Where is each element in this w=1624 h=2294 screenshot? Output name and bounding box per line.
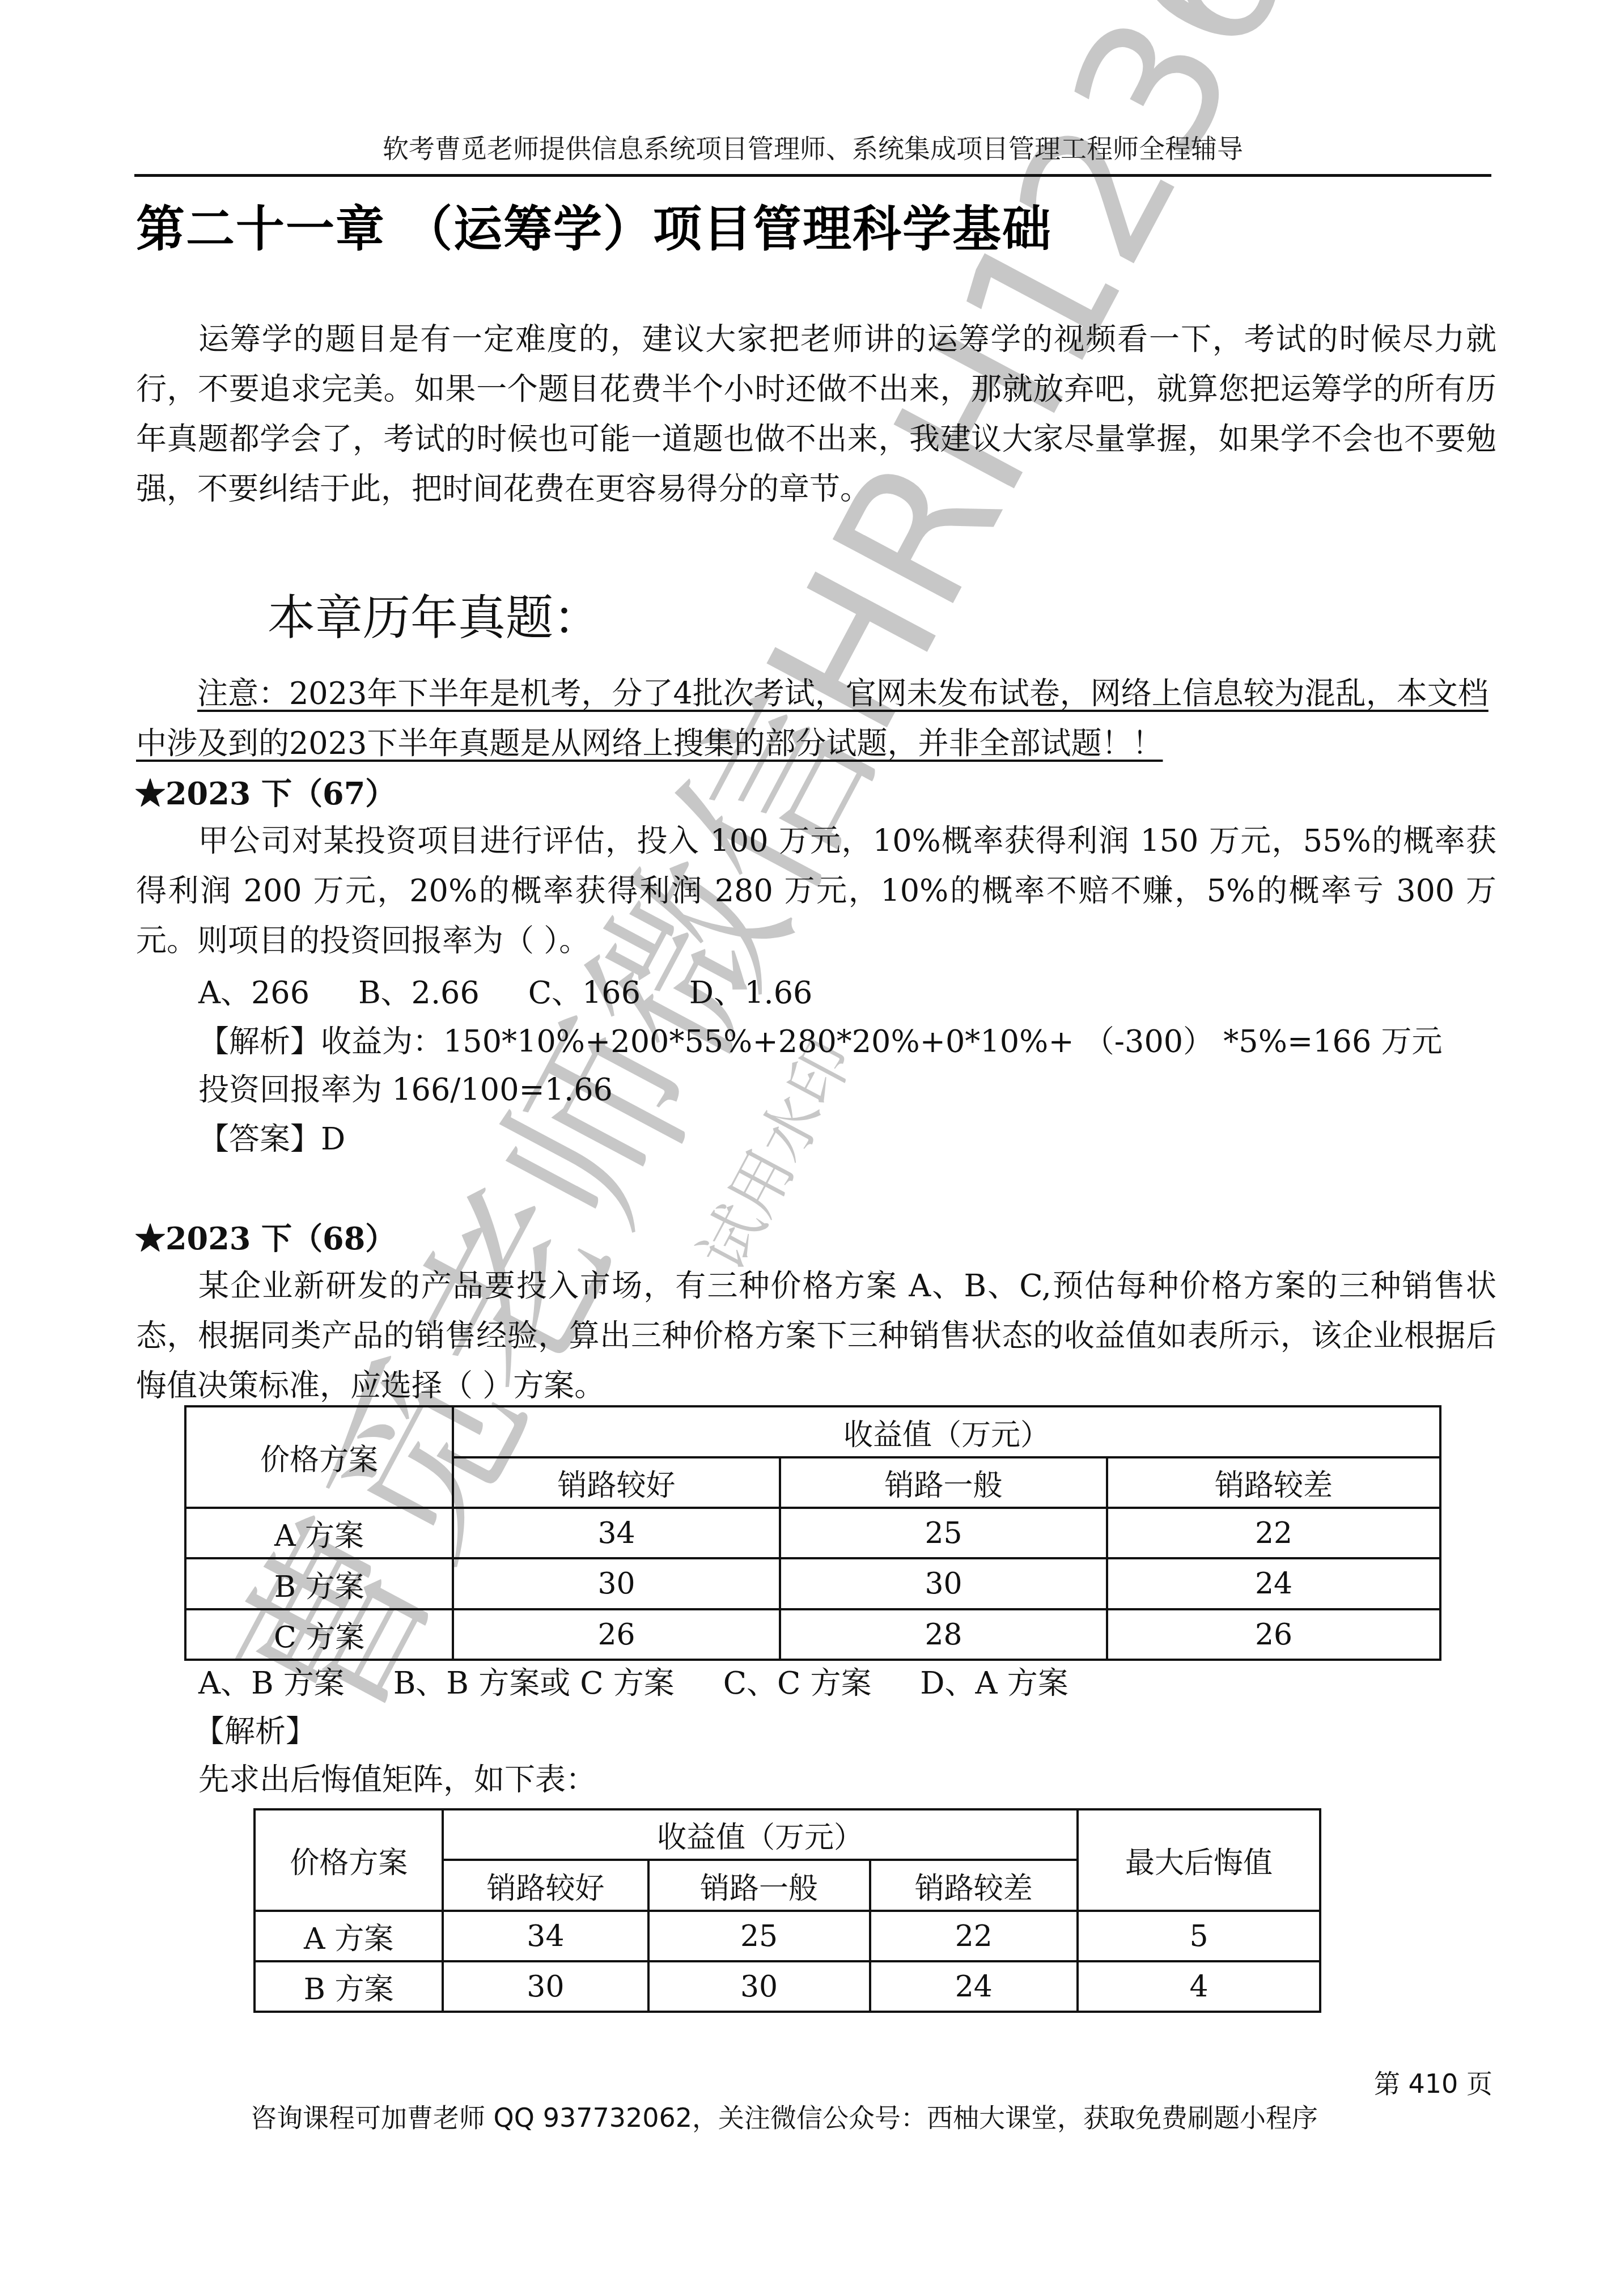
row-label: B 方案 — [255, 1961, 443, 2012]
payoff-table-row-header: 价格方案 — [185, 1406, 453, 1508]
question-68-label: ★2023 下（68） — [135, 1219, 396, 1258]
table-cell: 34 — [453, 1508, 780, 1558]
question-67-label: ★2023 下（67） — [135, 774, 396, 813]
table-cell: 22 — [870, 1911, 1078, 1961]
max-regret-cell: 4 — [1078, 1961, 1320, 2012]
table-row: B 方案 30 30 24 4 — [255, 1961, 1320, 2012]
page-number: 第 410 页 — [1374, 2063, 1492, 2101]
intro-text: 运筹学的题目是有一定难度的，建议大家把老师讲的运筹学的视频看一下，考试的时候尽力… — [136, 321, 1496, 507]
regret-table-col-header: 销路较差 — [870, 1860, 1078, 1911]
row-label: C 方案 — [185, 1609, 453, 1660]
running-header: 软考曹觅老师提供信息系统项目管理师、系统集成项目管理工程师全程辅导 — [134, 132, 1491, 166]
row-label: A 方案 — [255, 1911, 443, 1961]
row-label: B 方案 — [185, 1558, 453, 1609]
section-heading: 本章历年真题： — [268, 587, 601, 649]
table-cell: 26 — [1107, 1609, 1440, 1660]
table-row: B 方案 30 30 24 — [185, 1558, 1440, 1609]
table-cell: 25 — [648, 1911, 870, 1961]
payoff-table-col-header: 销路一般 — [780, 1457, 1107, 1508]
question-67-analysis: 【解析】收益为：150*10%+200*55%+280*20%+0*10%+ （… — [198, 1022, 1442, 1062]
question-68-analysis-label: 【解析】 — [194, 1712, 316, 1752]
table-cell: 24 — [870, 1961, 1078, 2012]
footer-contact: 咨询课程可加曹老师 QQ 937732062，关注微信公众号：西柚大课堂，获取免… — [251, 2097, 1318, 2135]
chapter-title: 第二十一章 （运筹学）项目管理科学基础 — [136, 198, 1052, 261]
question-67-stem-text: 甲公司对某投资项目进行评估，投入 100 万元，10%概率获得利润 150 万元… — [136, 823, 1496, 959]
table-cell: 30 — [453, 1558, 780, 1609]
table-cell: 25 — [780, 1508, 1107, 1558]
table-cell: 22 — [1107, 1508, 1440, 1558]
regret-table-max-header: 最大后悔值 — [1078, 1809, 1320, 1911]
table-cell: 28 — [780, 1609, 1107, 1660]
table-cell: 30 — [648, 1961, 870, 2012]
question-67-options: A、266 B、2.66 C、166 D、1.66 — [198, 973, 812, 1013]
question-68-stem: 某企业新研发的产品要投入市场，有三种价格方案 A、B、C,预估每种价格方案的三种… — [136, 1261, 1496, 1411]
payoff-table-col-header: 销路较好 — [453, 1457, 780, 1508]
table-cell: 30 — [780, 1558, 1107, 1609]
question-67-answer: 【答案】D — [198, 1120, 345, 1159]
regret-table: 价格方案 收益值（万元） 最大后悔值 销路较好 销路一般 销路较差 A 方案 3… — [253, 1808, 1321, 2013]
row-label: A 方案 — [185, 1508, 453, 1558]
intro-paragraph: 运筹学的题目是有一定难度的，建议大家把老师讲的运筹学的视频看一下，考试的时候尽力… — [136, 315, 1496, 514]
table-row: A 方案 34 25 22 — [185, 1508, 1440, 1558]
table-cell: 34 — [443, 1911, 648, 1961]
question-68-stem-text: 某企业新研发的产品要投入市场，有三种价格方案 A、B、C,预估每种价格方案的三种… — [136, 1268, 1496, 1403]
question-67-stem: 甲公司对某投资项目进行评估，投入 100 万元，10%概率获得利润 150 万元… — [136, 816, 1496, 966]
payoff-table: 价格方案 收益值（万元） 销路较好 销路一般 销路较差 A 方案 34 25 2… — [184, 1405, 1441, 1661]
table-cell: 26 — [453, 1609, 780, 1660]
regret-table-group-header: 收益值（万元） — [443, 1809, 1078, 1860]
watermark-small-text: 试用水印 — [686, 1028, 867, 1283]
regret-table-col-header: 销路较好 — [443, 1860, 648, 1911]
regret-table-col-header: 销路一般 — [648, 1860, 870, 1911]
notice-paragraph: 注意：2023年下半年是机考，分了4批次考试，官网未发布试卷，网络上信息较为混乱… — [136, 669, 1499, 769]
table-row: A 方案 34 25 22 5 — [255, 1911, 1320, 1961]
question-68-analysis-text: 先求出后悔值矩阵，如下表： — [198, 1760, 596, 1800]
table-cell: 24 — [1107, 1558, 1440, 1609]
payoff-table-group-header: 收益值（万元） — [453, 1406, 1440, 1457]
header-divider — [134, 174, 1491, 177]
notice-text: 注意：2023年下半年是机考，分了4批次考试，官网未发布试卷，网络上信息较为混乱… — [136, 676, 1489, 761]
question-68-options: A、B 方案 B、B 方案或 C 方案 C、C 方案 D、A 方案 — [198, 1664, 1068, 1703]
payoff-table-col-header: 销路较差 — [1107, 1457, 1440, 1508]
table-cell: 30 — [443, 1961, 648, 2012]
max-regret-cell: 5 — [1078, 1911, 1320, 1961]
question-67-analysis-result: 投资回报率为 166/100=1.66 — [198, 1070, 613, 1110]
table-row: C 方案 26 28 26 — [185, 1609, 1440, 1660]
regret-table-row-header: 价格方案 — [255, 1809, 443, 1911]
